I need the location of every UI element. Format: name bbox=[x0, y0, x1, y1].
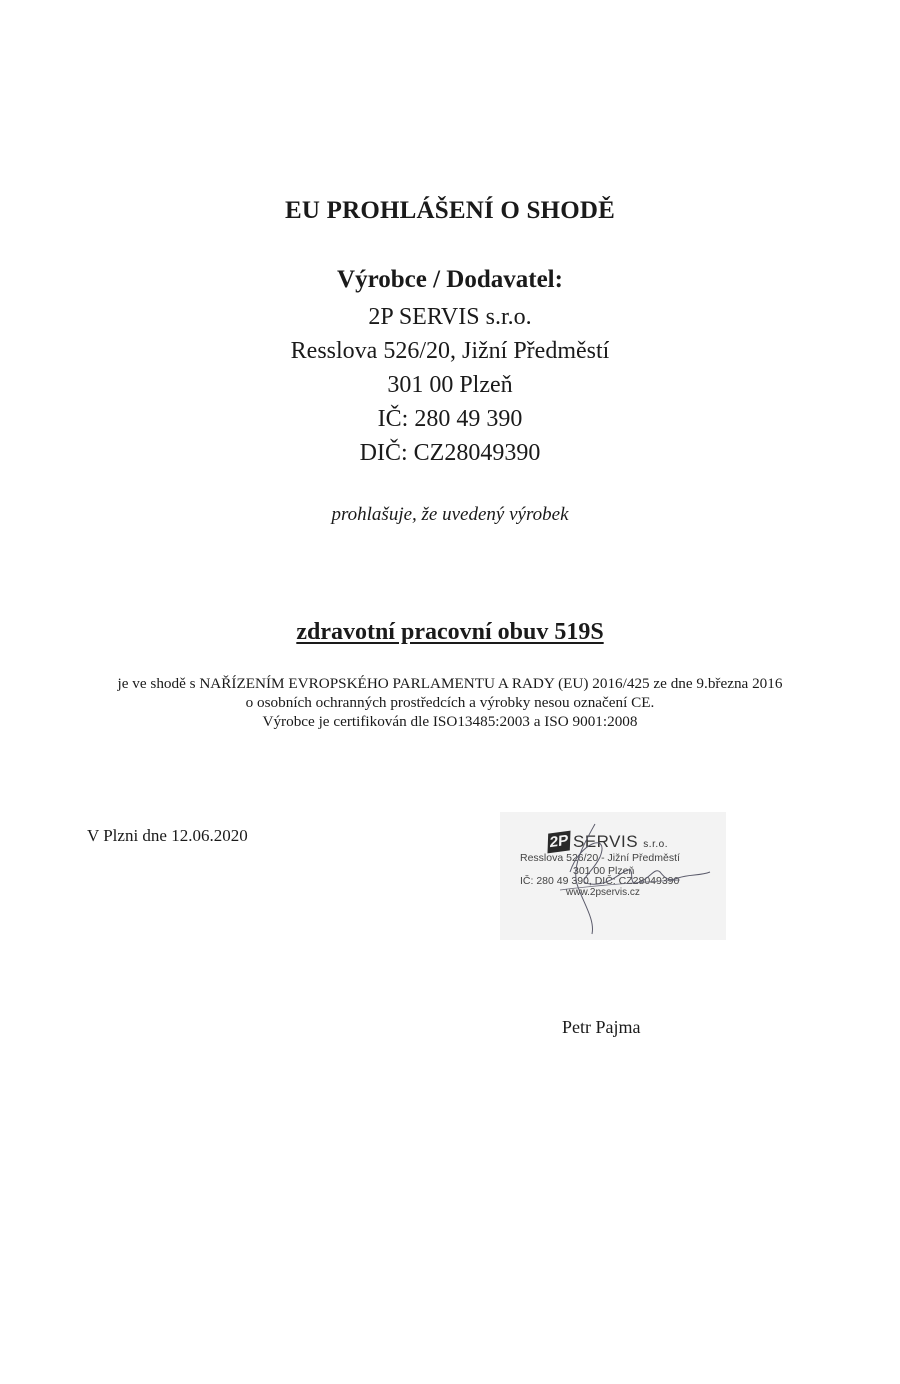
manufacturer-city: 301 00 Plzeň bbox=[0, 368, 900, 402]
manufacturer-name: 2P SERVIS s.r.o. bbox=[0, 300, 900, 334]
place-date: V Plzni dne 12.06.2020 bbox=[87, 826, 248, 846]
manufacturer-dic: DIČ: CZ28049390 bbox=[0, 436, 900, 470]
document-title: EU PROHLÁŠENÍ O SHODĚ bbox=[0, 197, 900, 225]
manufacturer-heading: Výrobce / Dodavatel: bbox=[0, 266, 900, 294]
manufacturer-address: 2P SERVIS s.r.o. Resslova 526/20, Jižní … bbox=[0, 300, 900, 470]
conformity-line: je ve shodě s NAŘÍZENÍM EVROPSKÉHO PARLA… bbox=[0, 674, 900, 693]
product-name: zdravotní pracovní obuv 519S bbox=[0, 619, 900, 646]
conformity-line: o osobních ochranných prostředcích a výr… bbox=[0, 693, 900, 712]
declares-text: prohlašuje, že uvedený výrobek bbox=[0, 504, 900, 526]
conformity-line: Výrobce je certifikován dle ISO13485:200… bbox=[0, 712, 900, 731]
signer-name: Petr Pajma bbox=[562, 1017, 641, 1038]
manufacturer-ic: IČ: 280 49 390 bbox=[0, 402, 900, 436]
manufacturer-street: Resslova 526/20, Jižní Předměstí bbox=[0, 334, 900, 368]
company-stamp: 2P SERVIS s.r.o. Resslova 526/20 - Jižní… bbox=[500, 812, 726, 940]
conformity-statement: je ve shodě s NAŘÍZENÍM EVROPSKÉHO PARLA… bbox=[0, 674, 900, 731]
signature-icon bbox=[500, 812, 726, 940]
